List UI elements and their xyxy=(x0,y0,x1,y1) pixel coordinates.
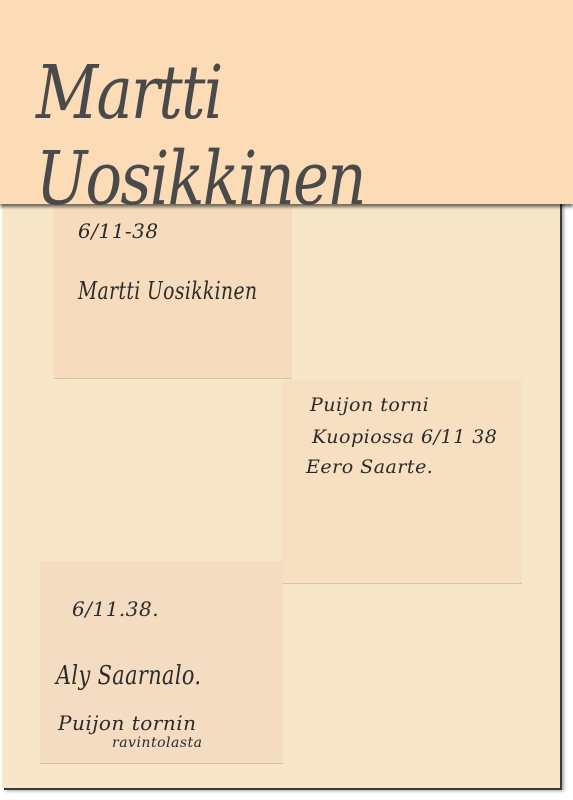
autograph-card-1: 6/11-38 Martti Uosikkinen xyxy=(54,207,292,378)
card-2-signature: Eero Saarte. xyxy=(306,456,433,478)
card-3-line-1: Puijon tornin xyxy=(58,711,197,735)
card-3-date: 6/11.38. xyxy=(72,597,159,621)
card-2-line-1: Puijon torni xyxy=(310,394,429,416)
card-3-line-2: ravintolasta xyxy=(112,735,202,751)
closeup-signature: Martti Uosikkinen xyxy=(36,50,476,222)
card-1-date: 6/11-38 xyxy=(78,219,159,243)
autograph-card-2: Puijon torni Kuopiossa 6/11 38 Eero Saar… xyxy=(282,380,522,583)
card-2-line-2: Kuopiossa 6/11 38 xyxy=(312,426,497,448)
autograph-card-3: 6/11.38. Aly Saarnalo. Puijon tornin rav… xyxy=(40,561,283,763)
card-3-signature: Aly Saarnalo. xyxy=(56,661,201,691)
card-1-signature: Martti Uosikkinen xyxy=(78,277,257,305)
album-page: 6/11-38 Martti Uosikkinen Puijon torni K… xyxy=(2,196,560,788)
signature-closeup: Martti Uosikkinen xyxy=(0,0,573,204)
